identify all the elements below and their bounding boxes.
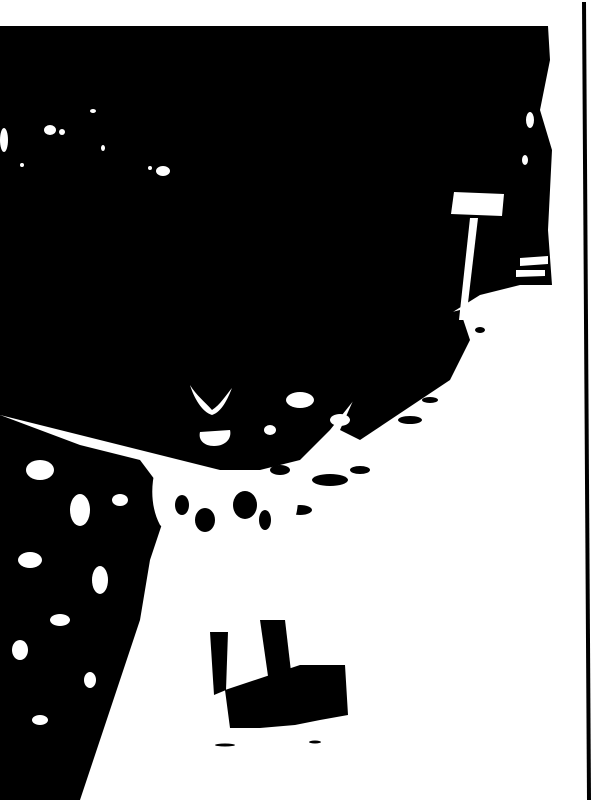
photograph [0,0,591,800]
